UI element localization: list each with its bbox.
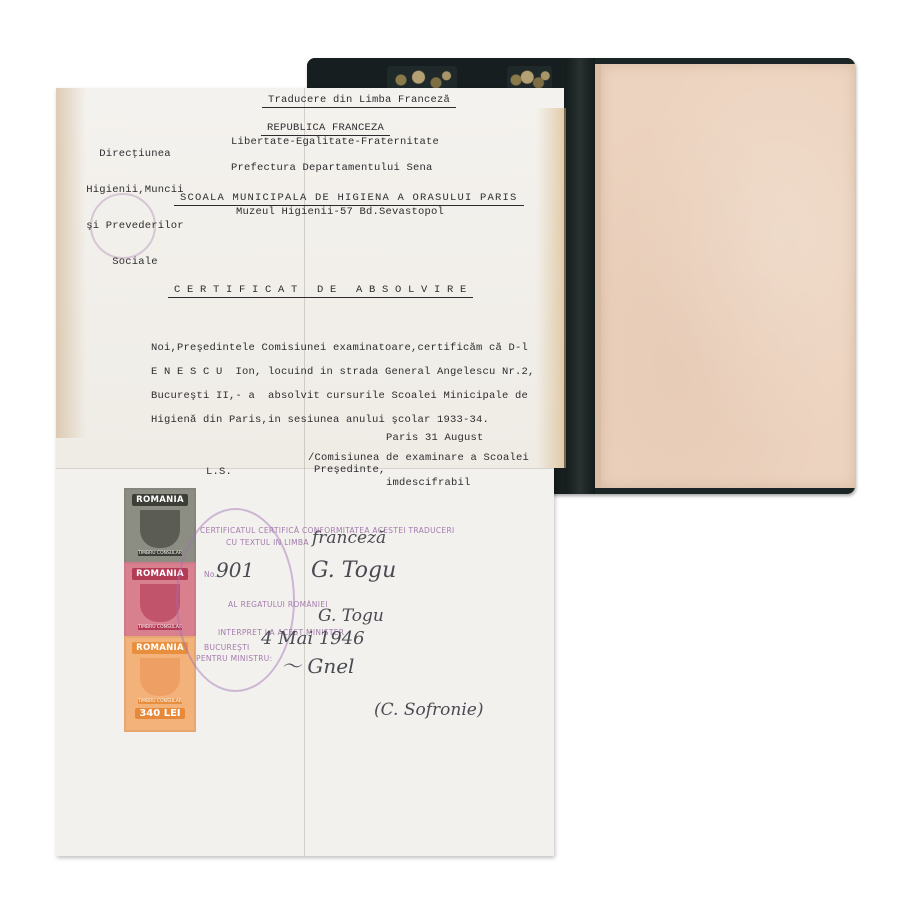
body-line: Noi,Preşedintele Comisiunei examinatoare… bbox=[151, 342, 528, 354]
book-right-page bbox=[595, 64, 855, 488]
place-date: Paris 31 August bbox=[386, 432, 484, 444]
translation-note: Traducere din Limba Franceză bbox=[262, 94, 456, 108]
stamp-subtitle: TIMBRU CONSULAR bbox=[138, 625, 182, 630]
directorate-line: şi Prevederilor bbox=[80, 220, 190, 232]
certificate-paper: Traducere din Limba Franceză REPUBLICA F… bbox=[56, 88, 554, 856]
stamp-value: 340 LEI bbox=[135, 708, 184, 719]
stamp-country: ROMANIA bbox=[132, 642, 188, 654]
handwritten-date: 4 Mai 1946 bbox=[261, 628, 365, 649]
book-spine bbox=[565, 58, 595, 494]
minister-name: (C. Sofronie) bbox=[374, 700, 483, 720]
stamp-country: ROMANIA bbox=[132, 494, 188, 506]
stamp-city: BUCUREŞTI bbox=[204, 643, 250, 652]
body-line: Bucureşti II,- a absolvit cursurile Scoa… bbox=[151, 390, 528, 402]
handwritten-signature: G. Togu bbox=[318, 606, 384, 626]
directorate-line: Direcţiunea bbox=[80, 148, 190, 160]
stamp-text: CU TEXTUL IN LIMBA bbox=[226, 538, 309, 547]
coat-of-arms-icon bbox=[140, 510, 180, 548]
coat-of-arms-icon bbox=[140, 658, 180, 696]
paper-stain bbox=[536, 108, 566, 468]
coat-of-arms-icon bbox=[140, 584, 180, 622]
handwritten-signature: G. Togu bbox=[311, 558, 396, 583]
fold-line-horizontal bbox=[56, 468, 554, 469]
directorate-block: Direcţiunea Higienii,Muncii şi Prevederi… bbox=[80, 124, 190, 292]
country-heading: REPUBLICA FRANCEZA bbox=[261, 122, 390, 136]
prefecture: Prefectura Departamentului Sena bbox=[231, 162, 433, 174]
handwritten-reg-number: 901 bbox=[216, 558, 254, 582]
body-line: E N E S C U Ion, locuind in strada Gener… bbox=[151, 366, 535, 378]
stamp-text: AL REGATULUI ROMÂNIEI bbox=[228, 600, 328, 609]
directorate-line: Sociale bbox=[80, 256, 190, 268]
body-line: Higienă din Paris,in sesiunea anului şco… bbox=[151, 414, 489, 426]
school-name: SCOALA MUNICIPALA DE HIGIENA A ORASULUI … bbox=[174, 192, 524, 206]
commission-line: /Comisiunea de examinare a Scoalei bbox=[308, 452, 529, 464]
school-address: Muzeul Higienii-57 Bd.Sevastopol bbox=[236, 206, 444, 218]
stamp-subtitle: TIMBRU CONSULAR bbox=[138, 551, 182, 556]
directorate-line: Higienii,Muncii bbox=[80, 184, 190, 196]
motto: Libertate-Egalitate-Fraternitate bbox=[231, 136, 439, 148]
seal-mark: L.S. bbox=[206, 466, 232, 478]
president-label: Preşedinte, bbox=[314, 464, 386, 476]
certificate-title: C E R T I F I C A T D E A B S O L V I R … bbox=[168, 284, 473, 298]
minister-signature: 〜 Gnel bbox=[281, 650, 354, 679]
president-signature: imdescifrabil bbox=[386, 477, 471, 489]
stamp-subtitle: TIMBRU CONSULAR bbox=[138, 699, 182, 704]
stamp-text: PENTRU MINISTRU: bbox=[196, 654, 272, 663]
handwritten-language: franceză bbox=[312, 528, 386, 548]
